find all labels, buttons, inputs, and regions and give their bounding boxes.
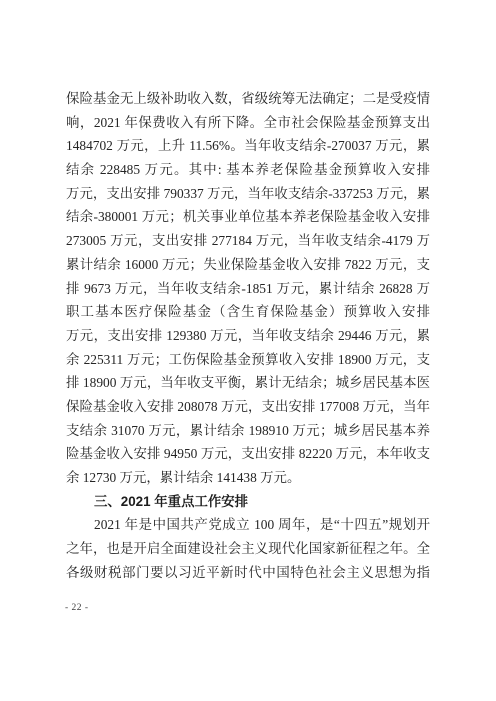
document-page: 保险基金无上级补助收入数，省级统筹无法确定；二是受疫情影 响，2021 年保费收… bbox=[0, 0, 496, 701]
text-line: 排 18900 万元，当年收支平衡，累计无结余；城乡居民基本医疗 bbox=[66, 371, 430, 395]
text-line: 响，2021 年保费收入有所下降。全市社会保险基金预算支出安排 bbox=[66, 111, 430, 135]
document-body: 保险基金无上级补助收入数，省级统筹无法确定；二是受疫情影 响，2021 年保费收… bbox=[66, 87, 430, 584]
text-line: 1484702 万元，上升 11.56%。当年收支结余-270037 万元，累计 bbox=[66, 134, 430, 158]
text-line: 职工基本医疗保险基金（含生育保险基金）预算收入安排 158826 bbox=[66, 300, 430, 324]
text-line: 2021 年是中国共产党成立 100 周年，是“十四五”规划开局 bbox=[66, 513, 430, 537]
section-heading: 三、2021 年重点工作安排 bbox=[66, 490, 430, 514]
text-line: 结余-380001 万元；机关事业单位基本养老保险基金收入安排 bbox=[66, 205, 430, 229]
text-line: 万元，支出安排 129380 万元，当年收支结余 29446 万元，累计结 bbox=[66, 324, 430, 348]
text-line: 273005 万元，支出安排 277184 万元，当年收支结余-4179 万元， bbox=[66, 229, 430, 253]
text-line: 排 9673 万元，当年收支结余-1851 万元，累计结余 26828 万元； bbox=[66, 277, 430, 301]
text-line: 万元，支出安排 790337 万元，当年收支结余-337253 万元，累计 bbox=[66, 182, 430, 206]
text-line: 各级财税部门要以习近平新时代中国特色社会主义思想为指导， bbox=[66, 561, 430, 585]
text-line: 保险基金收入安排 208078 万元，支出安排 177008 万元，当年收 bbox=[66, 395, 430, 419]
text-line: 险基金收入安排 94950 万元，支出安排 82220 万元，本年收支结 bbox=[66, 442, 430, 466]
text-line: 保险基金无上级补助收入数，省级统筹无法确定；二是受疫情影 bbox=[66, 87, 430, 111]
text-line: 支结余 31070 万元，累计结余 198910 万元；城乡居民基本养老保 bbox=[66, 419, 430, 443]
text-line: 余 225311 万元；工伤保险基金预算收入安排 18900 万元，支出安 bbox=[66, 348, 430, 372]
text-line: 累计结余 16000 万元；失业保险基金收入安排 7822 万元，支出安 bbox=[66, 253, 430, 277]
text-line: 之年，也是开启全面建设社会主义现代化国家新征程之年。全市 bbox=[66, 537, 430, 561]
page-number: - 22 - bbox=[65, 602, 89, 614]
text-line: 结余 228485 万元。其中: 基本养老保险基金预算收入安排 453084 bbox=[66, 158, 430, 182]
text-line: 余 12730 万元，累计结余 141438 万元。 bbox=[66, 466, 430, 490]
